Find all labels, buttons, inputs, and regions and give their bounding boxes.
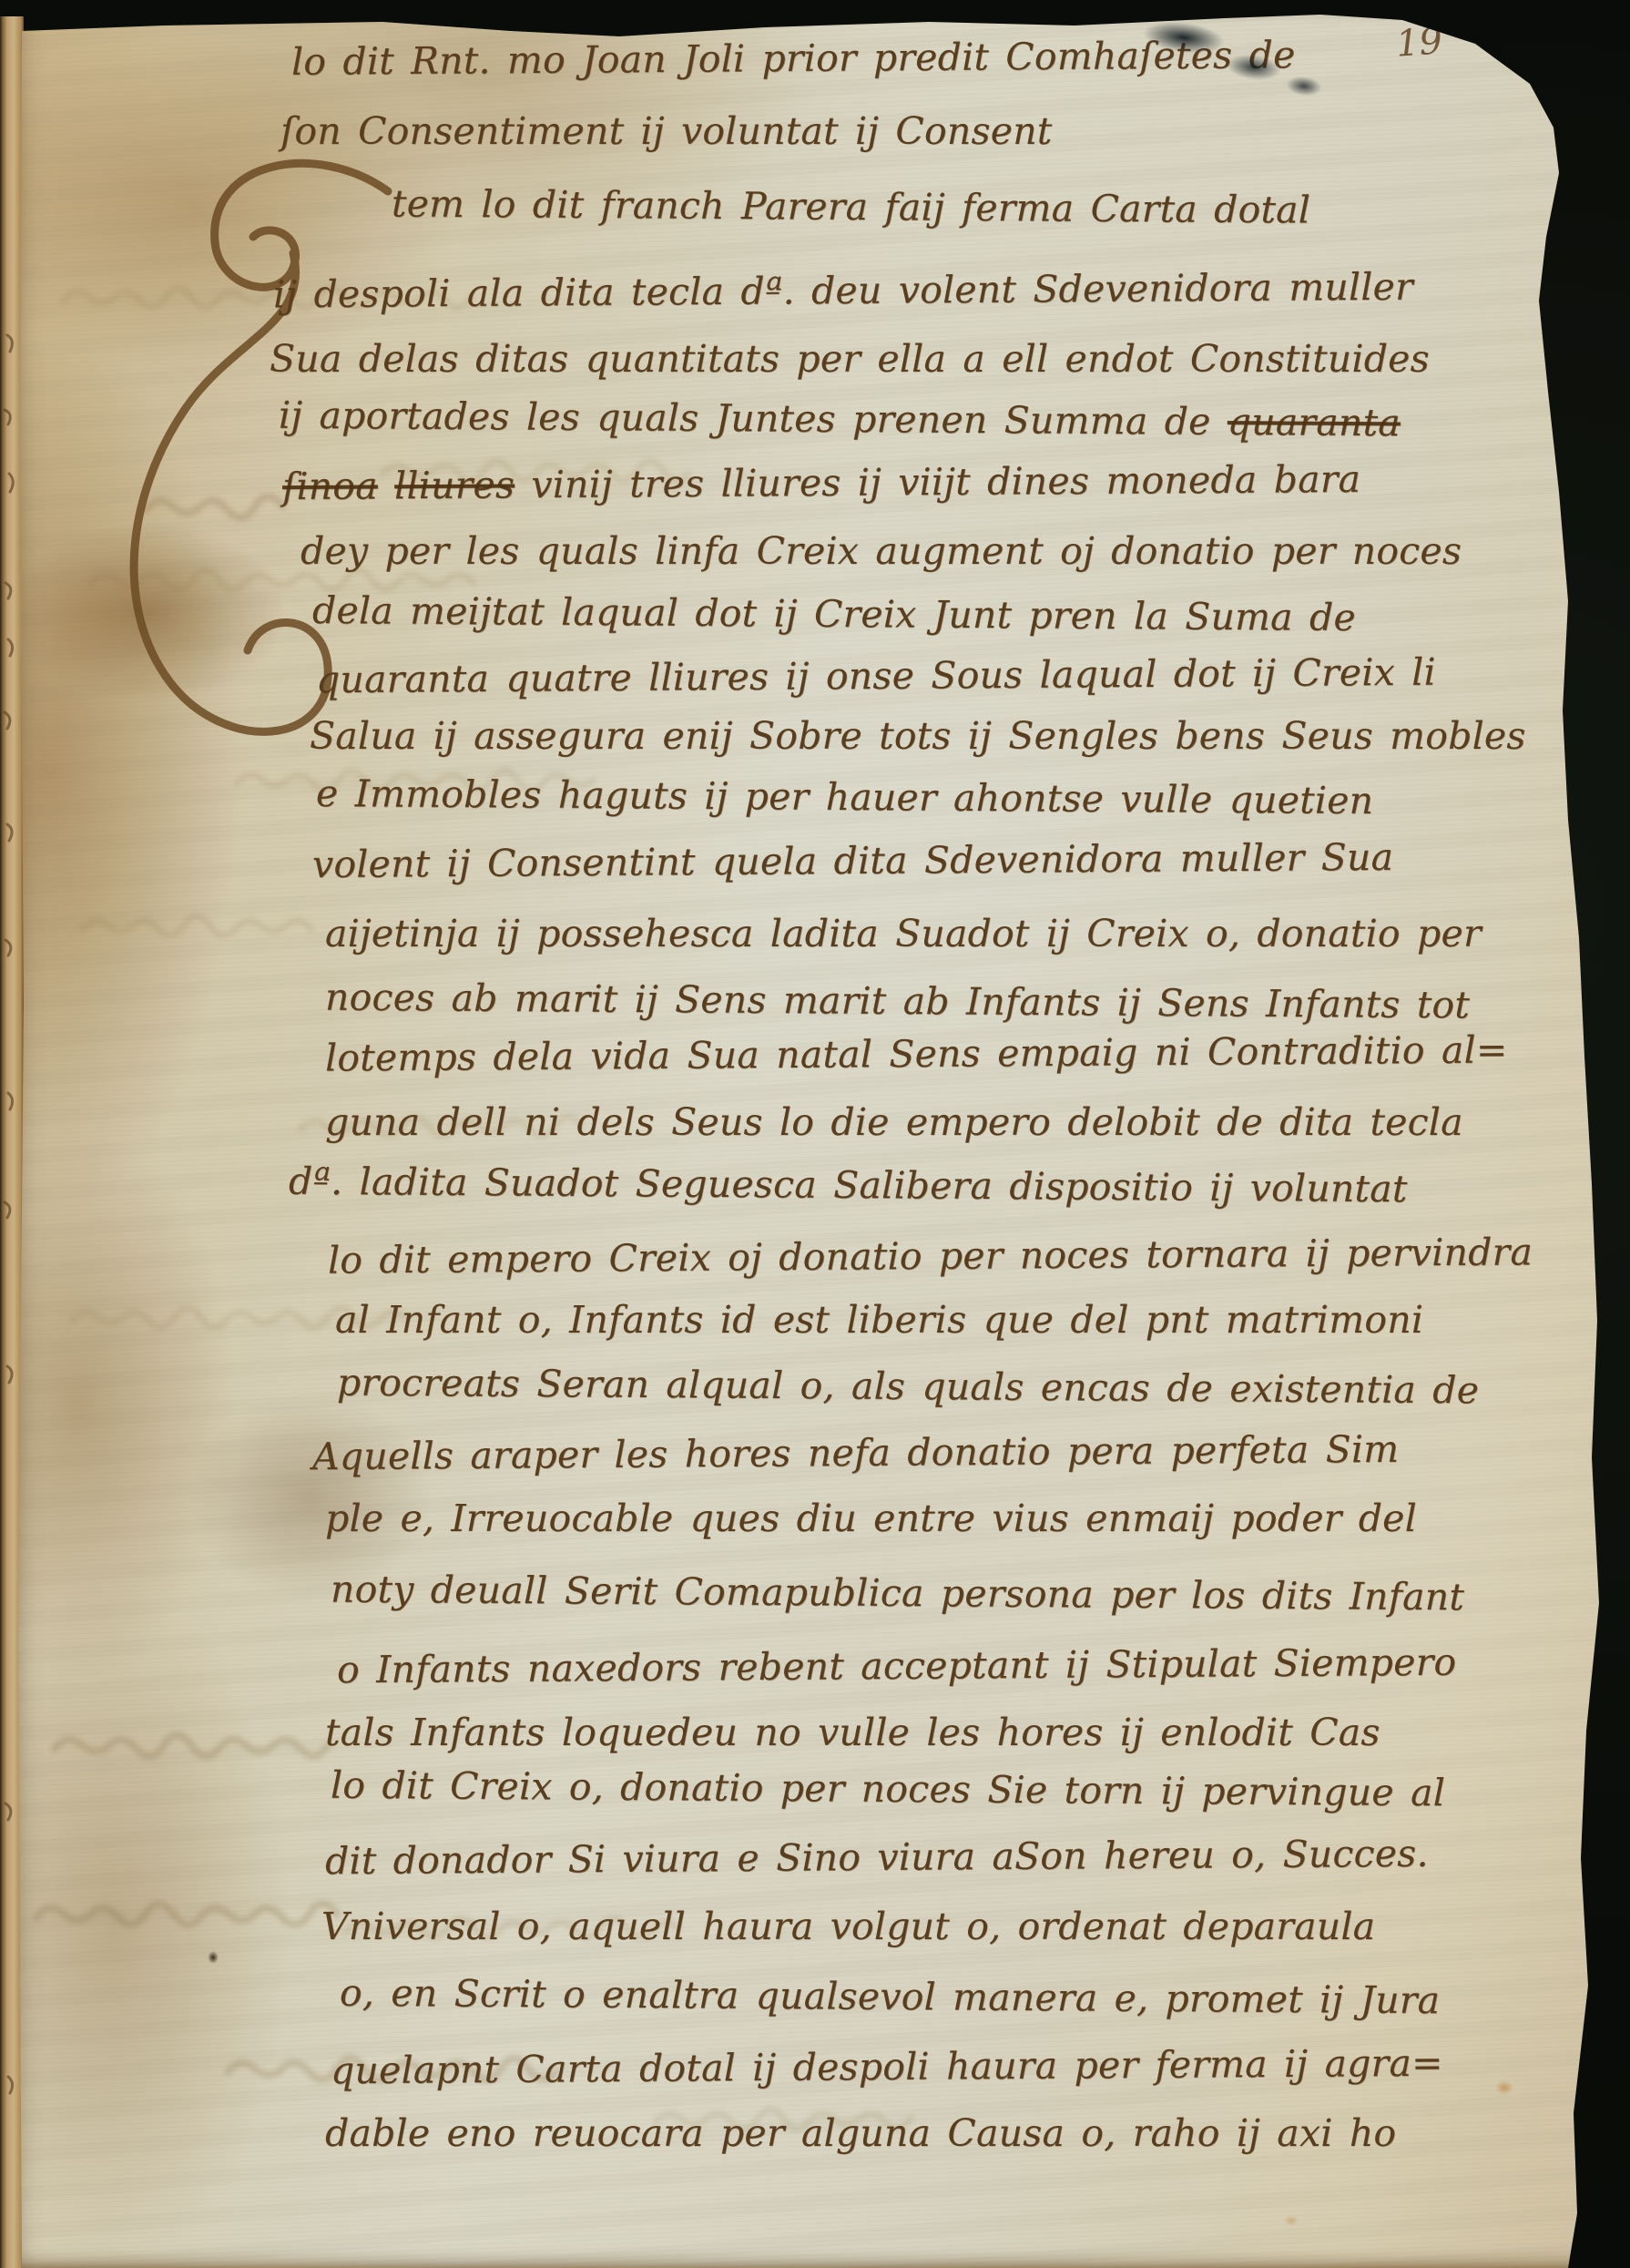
ink-text: procreats Seran alqual o, als quals enca… bbox=[337, 1361, 1480, 1413]
manuscript-line: dela meijtat laqual dot ij Creix Junt pr… bbox=[312, 590, 1356, 639]
ink-text: Vniversal o, aquell haura volgut o, orde… bbox=[321, 1905, 1375, 1948]
ink-text bbox=[378, 464, 395, 507]
manuscript-line: dit donador Si viura e Sino viura aSon h… bbox=[325, 1834, 1429, 1883]
manuscript-line: ſon Consentiment ij voluntat ij Consent bbox=[280, 111, 1052, 152]
manuscript-line: tals Infants loquedeu no vulle les hores… bbox=[325, 1712, 1380, 1753]
manuscript-line: e Immobles haguts ij per hauer ahontse v… bbox=[316, 773, 1374, 822]
ink-text: dey per les quals linfa Creix augment oj… bbox=[301, 529, 1462, 573]
struck-text: lliures bbox=[394, 463, 514, 507]
ink-text: vinij tres lliures ij viijt dines moneda… bbox=[514, 457, 1360, 506]
ink-text: volent ij Consentint quela dita Sdevenid… bbox=[312, 835, 1393, 886]
manuscript-line: volent ij Consentint quela dita Sdevenid… bbox=[312, 837, 1393, 885]
manuscript-line: procreats Seran alqual o, als quals enca… bbox=[337, 1363, 1479, 1412]
manuscript-line: noces ab marit ij Sens marit ab Infants … bbox=[325, 977, 1470, 1027]
ink-text: tals Infants loquedeu no vulle les hores… bbox=[325, 1711, 1380, 1754]
manuscript-line: ſinoa lliures vinij tres lliures ij viij… bbox=[282, 459, 1361, 507]
manuscript-line: lo dit Creix o, donatio per noces Sie to… bbox=[331, 1765, 1445, 1814]
manuscript-line: ij despoli ala dita tecla dª. deu volent… bbox=[273, 267, 1413, 316]
manuscript-line: quelapnt Carta dotal ij despoli haura pe… bbox=[331, 2043, 1443, 2092]
ink-text: o, en Scrit o enaltra qualsevol manera e… bbox=[340, 1971, 1441, 2022]
manuscript-line: guna dell ni dels Seus lo die empero del… bbox=[325, 1102, 1463, 1143]
manuscript-line: tem lo dit franch Parera faij ferma Cart… bbox=[392, 183, 1310, 230]
ink-text: al Infant o, Infants id est liberis que … bbox=[335, 1298, 1423, 1342]
manuscript-line: Sua delas ditas quantitats per ella a el… bbox=[270, 339, 1430, 380]
ink-text: tem lo dit franch Parera faij ferma Cart… bbox=[392, 181, 1310, 231]
scanned-manuscript-photo: 19 lo dit Rnt. mo Joan Joli prior predit… bbox=[0, 0, 1630, 2268]
ink-text: noty deuall Serit Comapublica persona pe… bbox=[331, 1568, 1464, 1619]
manuscript-line: Salua ij assegura enij Sobre tots ij Sen… bbox=[310, 716, 1526, 757]
ink-text: ſon Consentiment ij voluntat ij Consent bbox=[280, 109, 1052, 153]
manuscript-page: 19 lo dit Rnt. mo Joan Joli prior predit… bbox=[0, 0, 1630, 2268]
ink-text: quelapnt Carta dotal ij despoli haura pe… bbox=[331, 2041, 1443, 2093]
manuscript-line: ple e, Irreuocable ques diu entre vius e… bbox=[325, 1498, 1417, 1539]
ink-text: o Infants naxedors rebent acceptant ij S… bbox=[337, 1640, 1457, 1692]
manuscript-line: Vniversal o, aquell haura volgut o, orde… bbox=[321, 1906, 1375, 1947]
manuscript-line: lo dit empero Creix oj donatio per noces… bbox=[328, 1231, 1533, 1281]
ink-text: lo dit empero Creix oj donatio per noces… bbox=[328, 1230, 1533, 1282]
manuscript-line: dª. ladita Suadot Seguesca Salibera disp… bbox=[289, 1161, 1408, 1211]
ink-text: lo dit Creix o, donatio per noces Sie to… bbox=[331, 1763, 1445, 1815]
ink-text: dª. ladita Suadot Seguesca Salibera disp… bbox=[289, 1160, 1408, 1211]
ink-text: Salua ij assegura enij Sobre tots ij Sen… bbox=[310, 714, 1526, 758]
manuscript-line: lotemps dela vida Sua natal Sens empaig … bbox=[325, 1029, 1508, 1078]
manuscript-line: o Infants naxedors rebent acceptant ij S… bbox=[337, 1642, 1457, 1691]
ink-text: lotemps dela vida Sua natal Sens empaig … bbox=[325, 1027, 1508, 1079]
manuscript-line: quaranta quatre lliures ij onse Sous laq… bbox=[316, 652, 1436, 701]
manuscript-line: dey per les quals linfa Creix augment oj… bbox=[301, 531, 1462, 572]
manuscript-line: al Infant o, Infants id est liberis que … bbox=[335, 1300, 1423, 1341]
struck-text: quaranta bbox=[1228, 400, 1401, 444]
ink-text: Sua delas ditas quantitats per ella a el… bbox=[270, 337, 1430, 381]
manuscript-line: ij aportades les quals Juntes prenen Sum… bbox=[279, 395, 1401, 444]
ink-text: e Immobles haguts ij per hauer ahontse v… bbox=[316, 771, 1374, 822]
ink-text: noces ab marit ij Sens marit ab Infants … bbox=[325, 976, 1470, 1027]
ink-text: ple e, Irreuocable ques diu entre vius e… bbox=[325, 1497, 1417, 1540]
ink-text: dable eno reuocara per alguna Causa o, r… bbox=[325, 2111, 1396, 2155]
foxing-spot bbox=[1284, 2215, 1299, 2226]
ink-text: dela meijtat laqual dot ij Creix Junt pr… bbox=[312, 588, 1356, 639]
manuscript-line: o, en Scrit o enaltra qualsevol manera e… bbox=[340, 1973, 1441, 2022]
foxing-spot bbox=[1495, 2080, 1513, 2095]
manuscript-line: dable eno reuocara per alguna Causa o, r… bbox=[325, 2113, 1396, 2154]
ink-text: aijetinja ij possehesca ladita Suadot ij… bbox=[325, 912, 1482, 955]
ink-blot bbox=[208, 1951, 219, 1964]
ink-text: ij aportades les quals Juntes prenen Sum… bbox=[279, 393, 1228, 444]
manuscript-line: noty deuall Serit Comapublica persona pe… bbox=[331, 1569, 1464, 1619]
manuscript-line: aijetinja ij possehesca ladita Suadot ij… bbox=[325, 914, 1482, 955]
ink-text: ij despoli ala dita tecla dª. deu volent… bbox=[273, 265, 1413, 317]
struck-text: ſinoa bbox=[282, 464, 378, 508]
ink-text: quaranta quatre lliures ij onse Sous laq… bbox=[316, 650, 1436, 702]
manuscript-text: lo dit Rnt. mo Joan Joli prior predit Co… bbox=[0, 0, 1630, 2268]
ink-text: dit donador Si viura e Sino viura aSon h… bbox=[325, 1832, 1429, 1883]
ink-text: guna dell ni dels Seus lo die empero del… bbox=[325, 1100, 1463, 1144]
ink-text: Aquells araper les hores nefa donatio pe… bbox=[312, 1427, 1400, 1478]
manuscript-line: Aquells araper les hores nefa donatio pe… bbox=[312, 1429, 1400, 1477]
